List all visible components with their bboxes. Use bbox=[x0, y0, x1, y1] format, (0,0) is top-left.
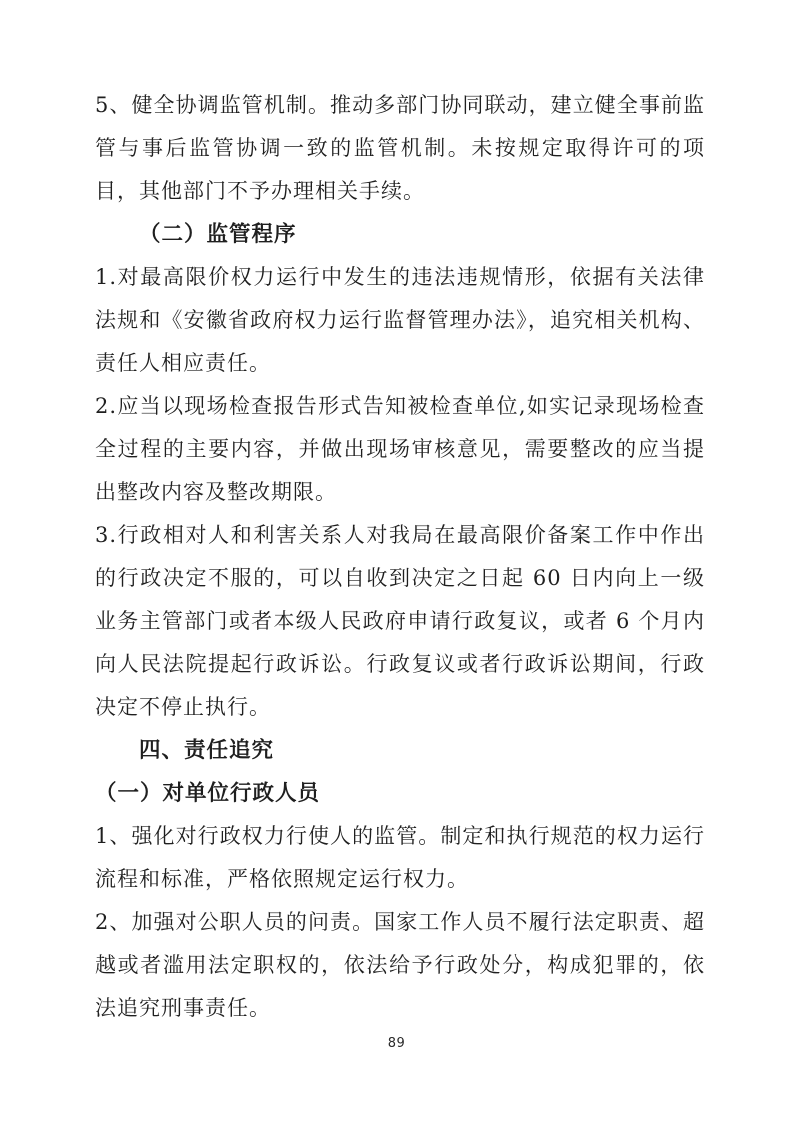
document-page: 5、健全协调监管机制。推动多部门协同联动，建立健全事前监管与事后监管协调一致的监… bbox=[0, 0, 793, 1122]
paragraph-onsite-inspection-report: 2.应当以现场检查报告形式告知被检查单位,如实记录现场检查全过程的主要内容，并做… bbox=[95, 385, 705, 514]
heading-unit-administrative-staff: （一）对单位行政人员 bbox=[95, 772, 705, 815]
paragraph-coordination-mechanism: 5、健全协调监管机制。推动多部门协同联动，建立健全事前监管与事后监管协调一致的监… bbox=[95, 84, 705, 213]
heading-supervision-procedure: （二）监管程序 bbox=[95, 213, 705, 256]
document-body: 5、健全协调监管机制。推动多部门协同联动，建立健全事前监管与事后监管协调一致的监… bbox=[95, 84, 705, 1030]
paragraph-violation-accountability: 1.对最高限价权力运行中发生的违法违规情形，依据有关法律法规和《安徽省政府权力运… bbox=[95, 256, 705, 385]
page-footer: 89 bbox=[0, 1032, 793, 1051]
paragraph-public-official-accountability: 2、加强对公职人员的问责。国家工作人员不履行法定职责、超越或者滥用法定职权的，依… bbox=[95, 901, 705, 1030]
page-number: 89 bbox=[388, 1036, 406, 1051]
heading-responsibility-pursuit: 四、责任追究 bbox=[95, 729, 705, 772]
paragraph-strengthen-power-supervision: 1、强化对行政权力行使人的监管。制定和执行规范的权力运行流程和标准，严格依照规定… bbox=[95, 815, 705, 901]
paragraph-administrative-review: 3.行政相对人和利害关系人对我局在最高限价备案工作中作出的行政决定不服的，可以自… bbox=[95, 514, 705, 729]
